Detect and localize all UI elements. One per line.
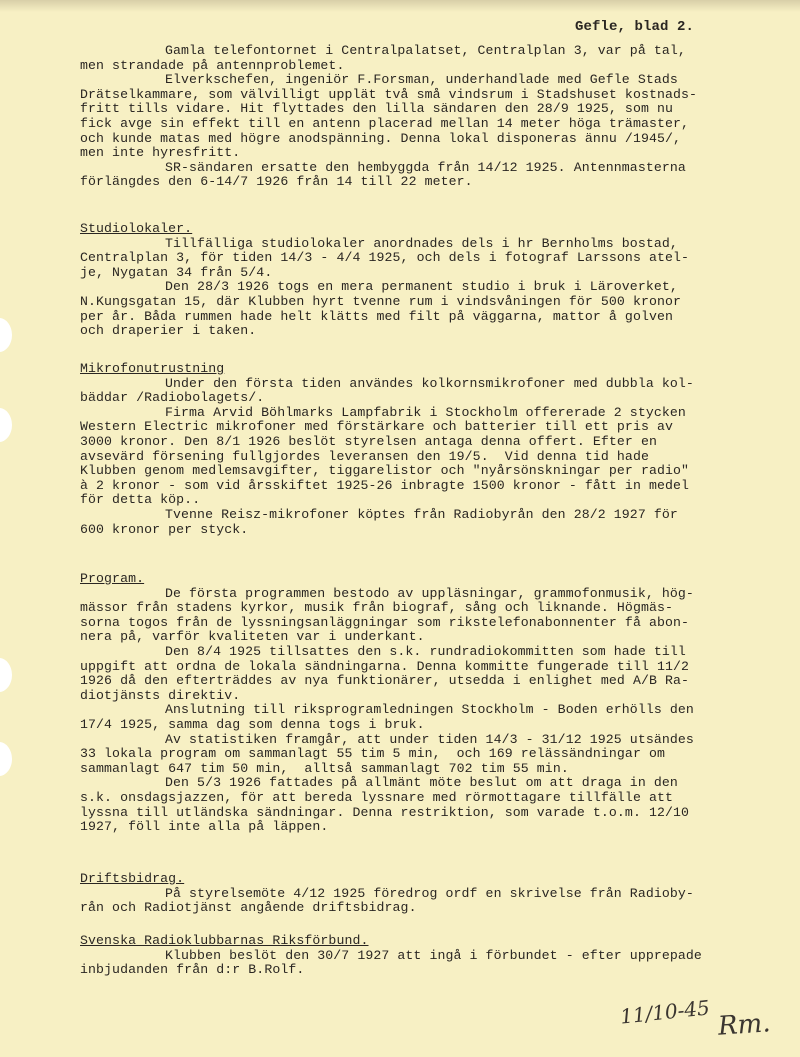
section-mikrofonutrustning: MikrofonutrustningUnder den första tiden… bbox=[80, 362, 780, 537]
text-line: Firma Arvid Böhlmarks Lampfabrik i Stock… bbox=[80, 406, 780, 421]
text-line: och kunde matas med högre anodspänning. … bbox=[80, 132, 780, 147]
punch-hole bbox=[0, 408, 12, 442]
text-line: s.k. onsdagsjazzen, för att bereda lyssn… bbox=[80, 791, 780, 806]
text-line: à 2 kronor - som vid årsskiftet 1925-26 … bbox=[80, 479, 780, 494]
text-line: avsevärd försening fullgjordes leveranse… bbox=[80, 450, 780, 465]
section-riksforbund: Svenska Radioklubbarnas Riksförbund.Klub… bbox=[80, 934, 780, 978]
text-line: De första programmen bestodo av uppläsni… bbox=[80, 587, 780, 602]
text-line: Klubben genom medlemsavgifter, tiggareli… bbox=[80, 464, 780, 479]
section-intro: Gamla telefontornet i Centralpalatset, C… bbox=[80, 44, 780, 190]
text-line: men inte hyresfritt. bbox=[80, 146, 780, 161]
section-heading: Driftsbidrag. bbox=[80, 872, 780, 887]
text-line: Den 28/3 1926 togs en mera permanent stu… bbox=[80, 280, 780, 295]
section-heading: Svenska Radioklubbarnas Riksförbund. bbox=[80, 934, 780, 949]
page-header: Gefle, blad 2. bbox=[575, 20, 694, 35]
text-line: men strandade på antennproblemet. bbox=[80, 59, 780, 74]
text-line: diotjänsts direktiv. bbox=[80, 689, 780, 704]
text-line: Den 8/4 1925 tillsattes den s.k. rundrad… bbox=[80, 645, 780, 660]
text-line: N.Kungsgatan 15, där Klubben hyrt tvenne… bbox=[80, 295, 780, 310]
text-line: lyssna till utländska sändningar. Denna … bbox=[80, 806, 780, 821]
section-studiolokaler: Studiolokaler.Tillfälliga studiolokaler … bbox=[80, 222, 780, 339]
text-line: Western Electric mikrofoner med förstärk… bbox=[80, 420, 780, 435]
text-line: Gamla telefontornet i Centralpalatset, C… bbox=[80, 44, 780, 59]
text-line: fritt tills vidare. Hit flyttades den li… bbox=[80, 102, 780, 117]
text-line: Centralplan 3, för tiden 14/3 - 4/4 1925… bbox=[80, 251, 780, 266]
text-line: sammanlagt 647 tim 50 min, alltså samman… bbox=[80, 762, 780, 777]
text-line: Anslutning till riksprogramledningen Sto… bbox=[80, 703, 780, 718]
text-line: nera på, varför kvaliteten var i underka… bbox=[80, 630, 780, 645]
text-line: Tvenne Reisz-mikrofoner köptes från Radi… bbox=[80, 508, 780, 523]
text-line: Den 5/3 1926 fattades på allmänt möte be… bbox=[80, 776, 780, 791]
text-line: Elverkschefen, ingeniör F.Forsman, under… bbox=[80, 73, 780, 88]
text-line: inbjudanden från d:r B.Rolf. bbox=[80, 963, 780, 978]
text-line: 3000 kronor. Den 8/1 1926 beslöt styrels… bbox=[80, 435, 780, 450]
text-line: per år. Båda rummen hade helt klätts med… bbox=[80, 310, 780, 325]
text-line: 17/4 1925, samma dag som denna togs i br… bbox=[80, 718, 780, 733]
text-line: Av statistiken framgår, att under tiden … bbox=[80, 733, 780, 748]
text-line: SR-sändaren ersatte den hembyggda från 1… bbox=[80, 161, 780, 176]
text-line: uppgift att ordna de lokala sändningarna… bbox=[80, 660, 780, 675]
handwritten-initials: Rm. bbox=[717, 1008, 771, 1042]
text-line: Tillfälliga studiolokaler anordnades del… bbox=[80, 237, 780, 252]
text-line: je, Nygatan 34 från 5/4. bbox=[80, 266, 780, 281]
text-line: mässor från stadens kyrkor, musik från b… bbox=[80, 601, 780, 616]
text-line: Under den första tiden användes kolkorns… bbox=[80, 377, 780, 392]
text-line: sorna togos från de lyssningsanläggninga… bbox=[80, 616, 780, 631]
text-line: Klubben beslöt den 30/7 1927 att ingå i … bbox=[80, 949, 780, 964]
text-line: Drätselkammare, som välvilligt upplät tv… bbox=[80, 88, 780, 103]
text-line: rån och Radiotjänst angående driftsbidra… bbox=[80, 901, 780, 916]
section-driftsbidrag: Driftsbidrag.På styrelsemöte 4/12 1925 f… bbox=[80, 872, 780, 916]
section-heading: Program. bbox=[80, 572, 780, 587]
text-line: fick avge sin effekt till en antenn plac… bbox=[80, 117, 780, 132]
text-line: 600 kronor per styck. bbox=[80, 523, 780, 538]
page-top-edge bbox=[0, 0, 800, 12]
handwritten-date: 11/10-45 bbox=[619, 995, 711, 1028]
text-line: bäddar /Radiobolagets/. bbox=[80, 391, 780, 406]
punch-hole bbox=[0, 742, 12, 776]
section-heading: Studiolokaler. bbox=[80, 222, 780, 237]
text-line: 1926 då den efterträddes av nya funktion… bbox=[80, 674, 780, 689]
text-line: och draperier i taken. bbox=[80, 324, 780, 339]
section-program: Program.De första programmen bestodo av … bbox=[80, 572, 780, 835]
text-line: 33 lokala program om sammanlagt 55 tim 5… bbox=[80, 747, 780, 762]
text-line: 1927, föll inte alla på läppen. bbox=[80, 820, 780, 835]
text-line: för detta köp.. bbox=[80, 493, 780, 508]
text-line: På styrelsemöte 4/12 1925 föredrog ordf … bbox=[80, 887, 780, 902]
section-heading: Mikrofonutrustning bbox=[80, 362, 780, 377]
text-line: förlängdes den 6-14/7 1926 från 14 till … bbox=[80, 175, 780, 190]
punch-hole bbox=[0, 658, 12, 692]
punch-hole bbox=[0, 318, 12, 352]
